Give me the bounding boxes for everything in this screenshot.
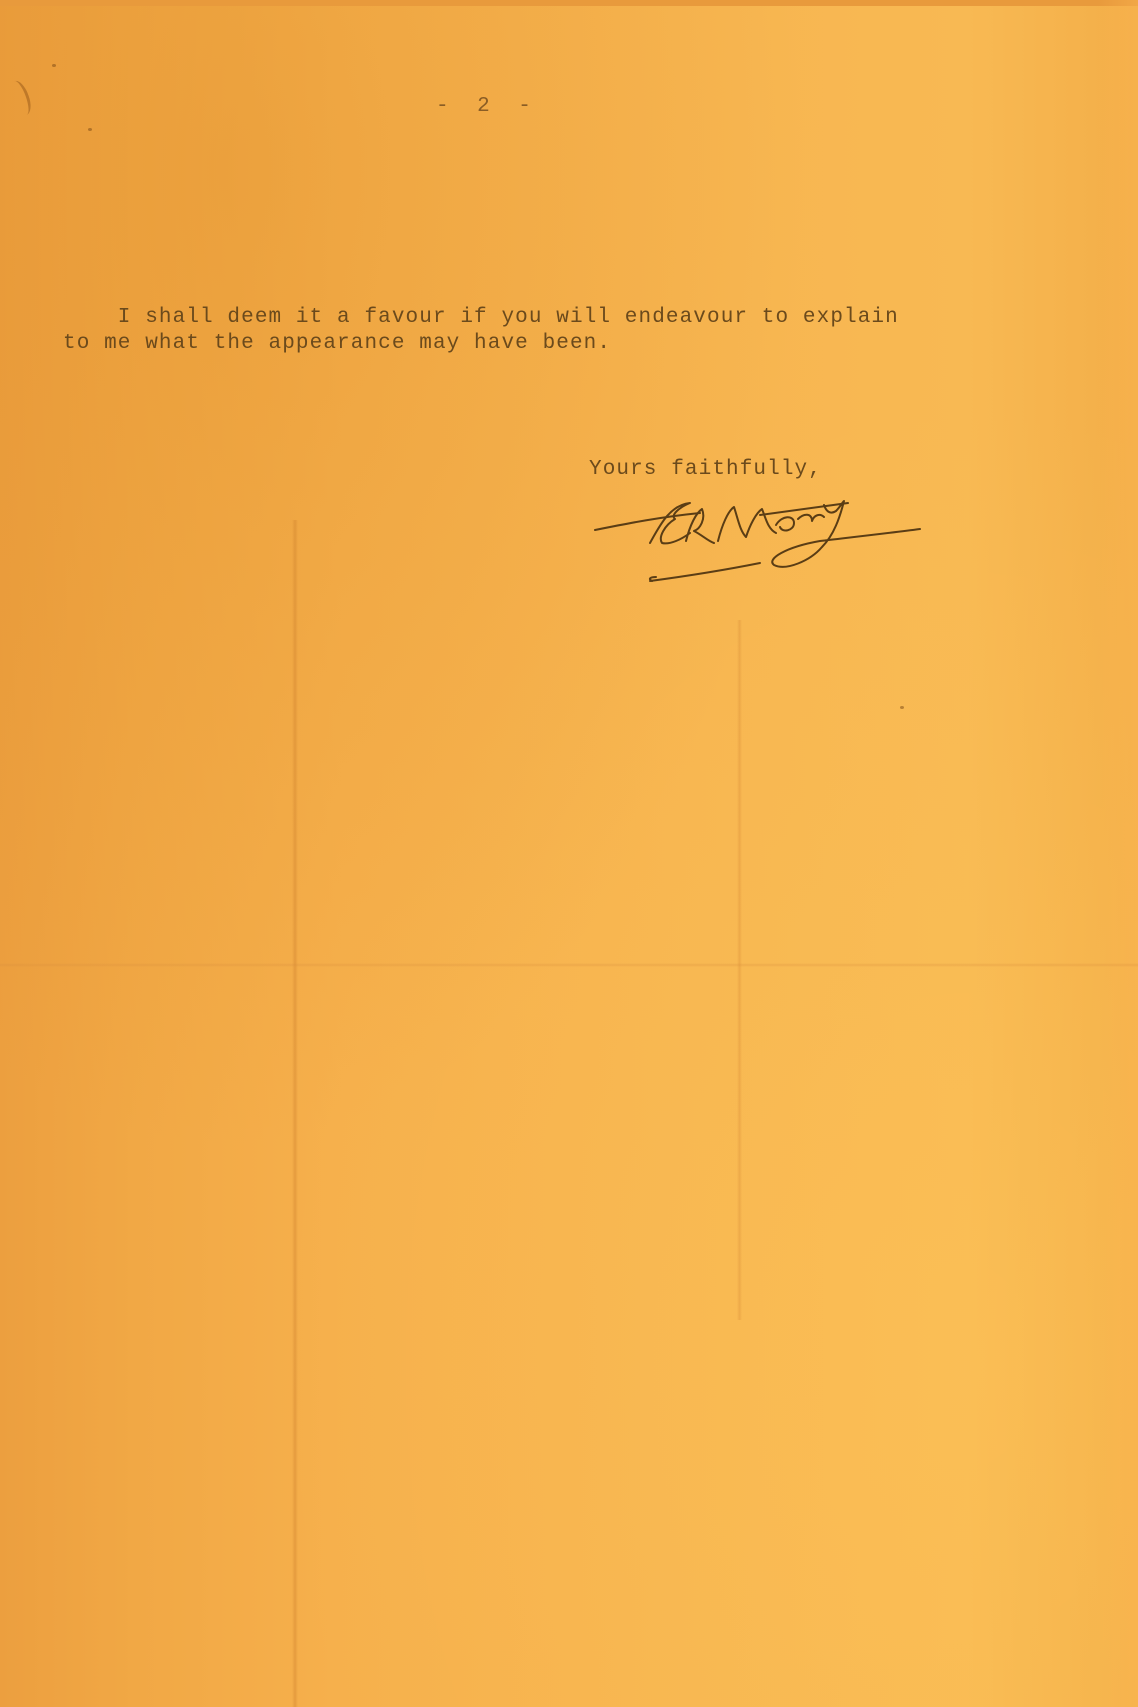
body-text-line: I shall deem it a favour if you will end… — [63, 305, 899, 331]
page-number: - 2 - — [436, 94, 532, 120]
handwritten-signature — [590, 485, 950, 595]
closing-salutation: Yours faithfully, — [589, 457, 822, 483]
fold-crease-vertical-left — [292, 520, 298, 1707]
letter-page: - 2 - I shall deem it a favour if you wi… — [0, 0, 1138, 1707]
page-top-edge — [0, 0, 1138, 6]
fold-crease-horizontal — [0, 963, 1138, 967]
paper-speck — [88, 128, 92, 131]
body-text-line: to me what the appearance may have been. — [63, 331, 611, 357]
fold-crease-vertical-right — [737, 620, 742, 1320]
paper-blemish — [6, 78, 34, 118]
page-right-edge — [1098, 0, 1138, 1707]
paper-speck — [52, 64, 56, 67]
paper-speck — [900, 706, 904, 709]
